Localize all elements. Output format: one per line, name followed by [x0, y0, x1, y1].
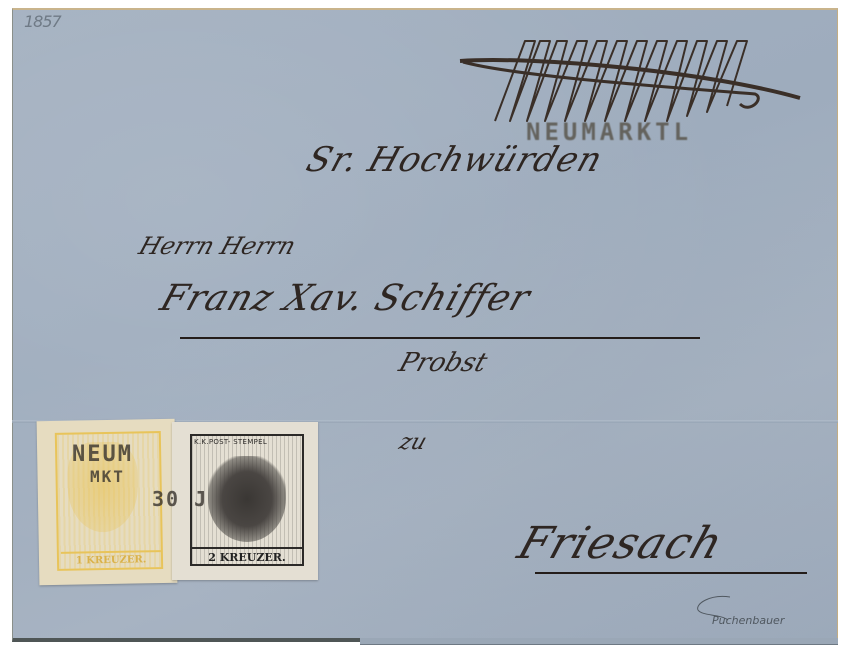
- cancel-line-date: 30 J: [72, 488, 208, 510]
- address-line-name: Franz Xav. Schiffer: [155, 278, 535, 319]
- address-line-title: Sr. Hochwürden: [302, 140, 609, 180]
- stamp-value-label: 1 KREUZER.: [61, 550, 161, 567]
- scribble-cancel-icon: [455, 36, 805, 126]
- cancel-line-suffix: MKT: [72, 466, 208, 488]
- stamp-cancellation-postmark: NEUM MKT 30 J: [72, 444, 208, 510]
- city-underline: [535, 572, 807, 574]
- pencil-year-note: 1857: [24, 12, 61, 31]
- stamp-value-label: 2 KREUZER.: [192, 547, 302, 564]
- address-line-office: Probst: [395, 348, 491, 378]
- stamp-top-label: K.K.POST- STEMPEL: [194, 438, 300, 446]
- address-line-salutation: Herrn Herrn: [135, 232, 299, 260]
- name-underline: [180, 337, 700, 339]
- bottom-flap: [360, 638, 838, 645]
- double-eagle-icon: [208, 456, 286, 542]
- address-line-city: Friesach: [512, 518, 730, 569]
- pencil-signature-note: Puchenbauer: [712, 614, 784, 627]
- cancel-line-town: NEUM: [72, 444, 208, 466]
